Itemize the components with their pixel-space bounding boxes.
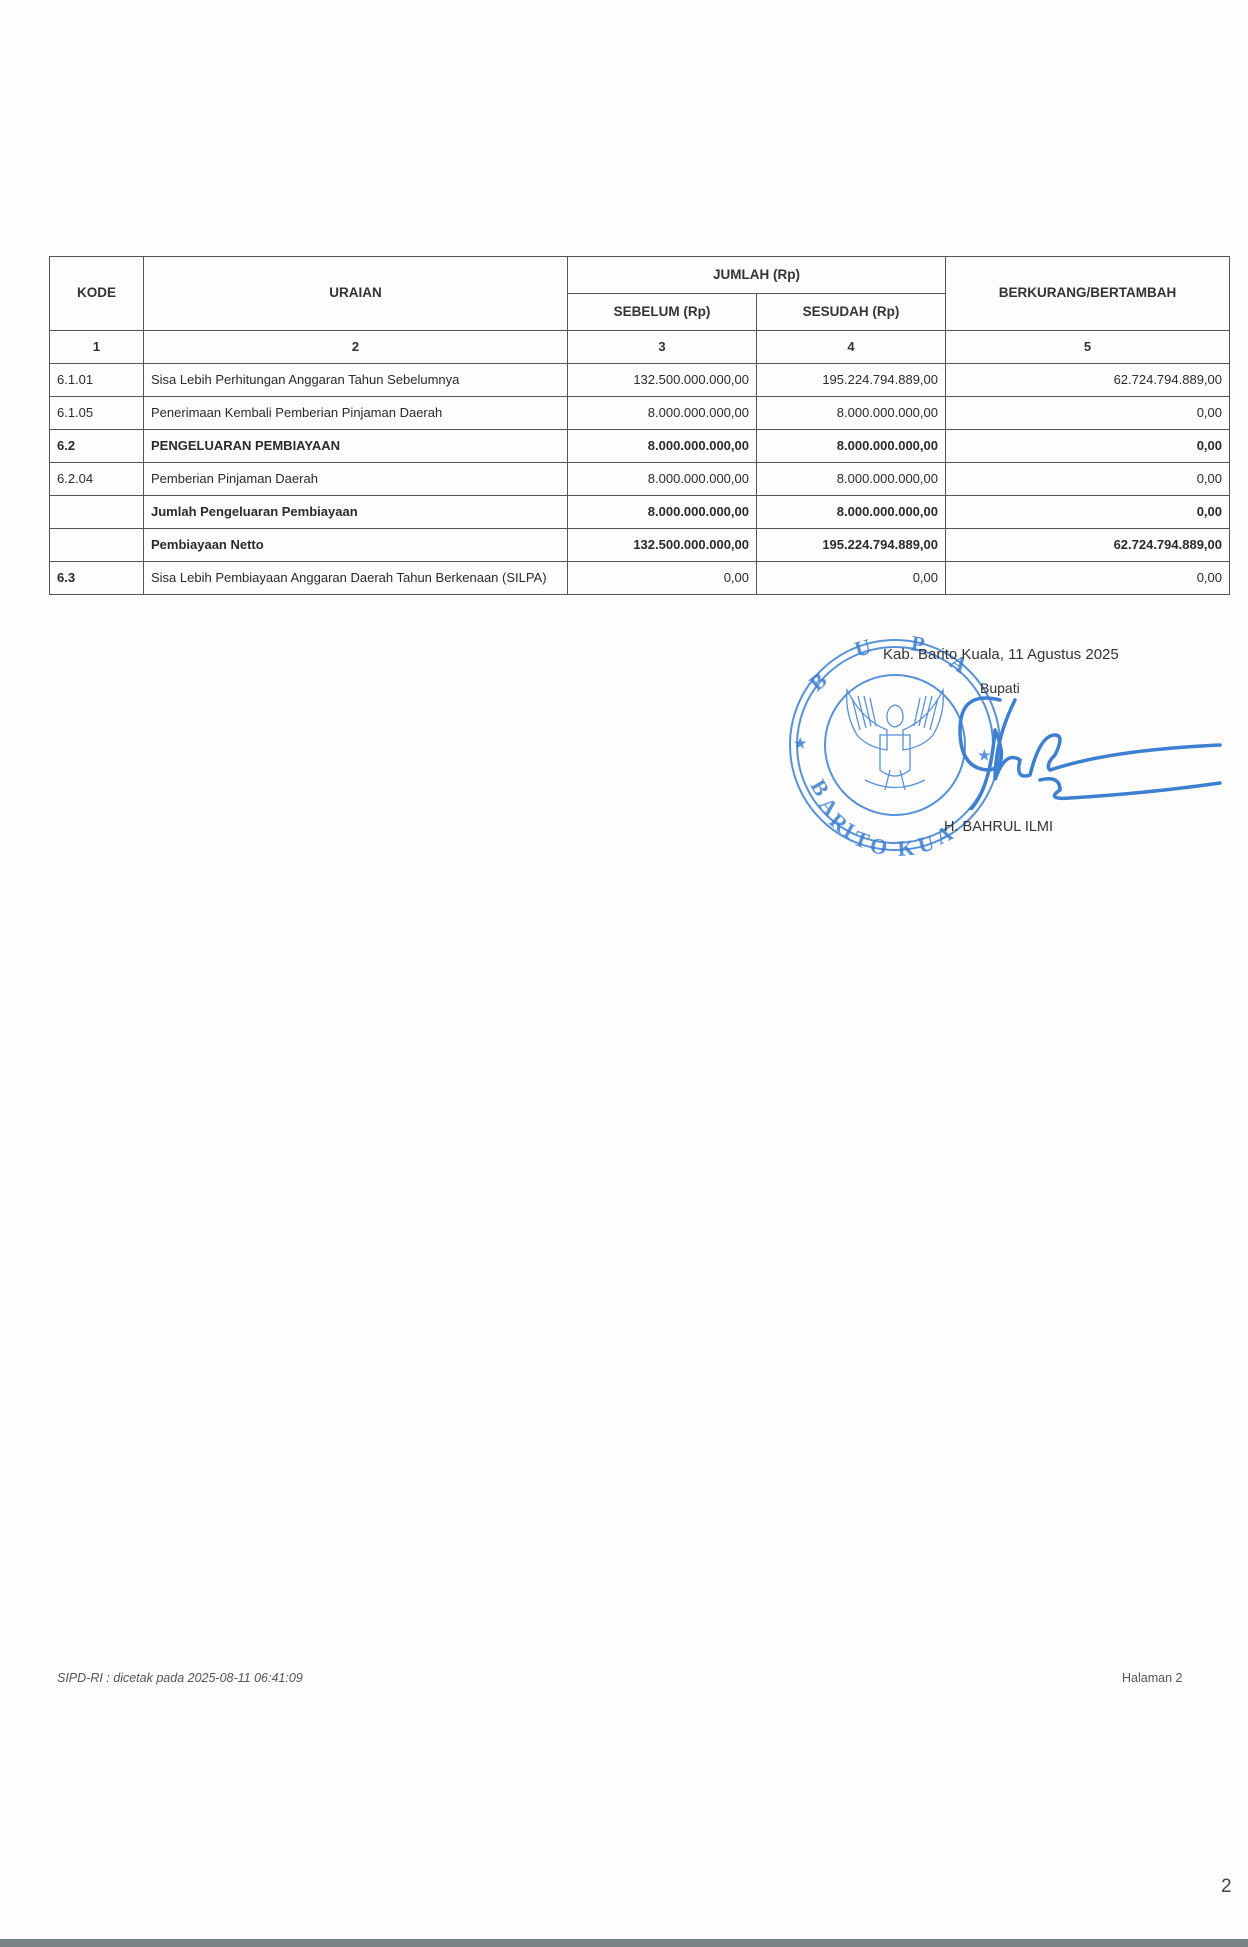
kode-cell: 6.2 [50, 430, 144, 463]
sesudah-cell: 8.000.000.000,00 [757, 397, 946, 430]
sebelum-cell: 8.000.000.000,00 [568, 430, 757, 463]
column-number: 5 [946, 331, 1230, 364]
sebelum-cell: 0,00 [568, 562, 757, 595]
kode-cell [50, 496, 144, 529]
uraian-cell: PENGELUARAN PEMBIAYAAN [144, 430, 568, 463]
svg-text:B: B [804, 667, 832, 696]
selisih-cell: 0,00 [946, 463, 1230, 496]
table-row: Jumlah Pengeluaran Pembiayaan8.000.000.0… [50, 496, 1230, 529]
selisih-cell: 62.724.794.889,00 [946, 529, 1230, 562]
table-row: 6.3Sisa Lebih Pembiayaan Anggaran Daerah… [50, 562, 1230, 595]
sebelum-cell: 8.000.000.000,00 [568, 463, 757, 496]
selisih-cell: 0,00 [946, 496, 1230, 529]
print-timestamp: SIPD-RI : dicetak pada 2025-08-11 06:41:… [57, 1671, 303, 1685]
svg-text:O: O [868, 832, 889, 860]
svg-text:U: U [852, 634, 874, 662]
column-number: 4 [757, 331, 946, 364]
header-jumlah: JUMLAH (Rp) [568, 257, 946, 294]
scan-edge-bar [0, 1939, 1248, 1947]
uraian-cell: Sisa Lebih Perhitungan Anggaran Tahun Se… [144, 364, 568, 397]
uraian-cell: Pemberian Pinjaman Daerah [144, 463, 568, 496]
signature-block: B U P A B A R I T O K U A ★ ★ Kab. Barit… [780, 620, 1248, 890]
svg-text:★: ★ [794, 736, 807, 752]
sesudah-cell: 0,00 [757, 562, 946, 595]
uraian-cell: Jumlah Pengeluaran Pembiayaan [144, 496, 568, 529]
uraian-cell: Sisa Lebih Pembiayaan Anggaran Daerah Ta… [144, 562, 568, 595]
uraian-cell: Pembiayaan Netto [144, 529, 568, 562]
sesudah-cell: 195.224.794.889,00 [757, 529, 946, 562]
header-berkurang-bertambah: BERKURANG/BERTAMBAH [946, 257, 1230, 331]
table-row: 6.2.04Pemberian Pinjaman Daerah8.000.000… [50, 463, 1230, 496]
sesudah-cell: 195.224.794.889,00 [757, 364, 946, 397]
uraian-cell: Penerimaan Kembali Pemberian Pinjaman Da… [144, 397, 568, 430]
selisih-cell: 0,00 [946, 562, 1230, 595]
kode-cell: 6.2.04 [50, 463, 144, 496]
kode-cell: 6.1.05 [50, 397, 144, 430]
header-kode: KODE [50, 257, 144, 331]
table-row: 6.1.01Sisa Lebih Perhitungan Anggaran Ta… [50, 364, 1230, 397]
sesudah-cell: 8.000.000.000,00 [757, 430, 946, 463]
kode-cell: 6.1.01 [50, 364, 144, 397]
header-uraian: URAIAN [144, 257, 568, 331]
header-sesudah: SESUDAH (Rp) [757, 294, 946, 331]
table-row: 6.1.05Penerimaan Kembali Pemberian Pinja… [50, 397, 1230, 430]
table-row: Pembiayaan Netto132.500.000.000,00195.22… [50, 529, 1230, 562]
column-number: 2 [144, 331, 568, 364]
selisih-cell: 62.724.794.889,00 [946, 364, 1230, 397]
financing-table: KODE URAIAN JUMLAH (Rp) BERKURANG/BERTAM… [49, 256, 1230, 595]
document-page: KODE URAIAN JUMLAH (Rp) BERKURANG/BERTAM… [0, 0, 1248, 1938]
column-number: 3 [568, 331, 757, 364]
kode-cell: 6.3 [50, 562, 144, 595]
selisih-cell: 0,00 [946, 430, 1230, 463]
selisih-cell: 0,00 [946, 397, 1230, 430]
table-row: 6.2PENGELUARAN PEMBIAYAAN8.000.000.000,0… [50, 430, 1230, 463]
sesudah-cell: 8.000.000.000,00 [757, 496, 946, 529]
header-sebelum: SEBELUM (Rp) [568, 294, 757, 331]
page-number: 2 [1221, 1876, 1232, 1898]
sebelum-cell: 8.000.000.000,00 [568, 496, 757, 529]
sebelum-cell: 8.000.000.000,00 [568, 397, 757, 430]
kode-cell [50, 529, 144, 562]
sebelum-cell: 132.500.000.000,00 [568, 529, 757, 562]
signature-place-date: Kab. Barito Kuala, 11 Agustus 2025 [883, 646, 1119, 663]
svg-text:K: K [897, 835, 916, 861]
signature-name: H. BAHRUL ILMI [944, 819, 1053, 835]
handwritten-signature-icon [940, 690, 1248, 810]
column-number: 1 [50, 331, 144, 364]
sebelum-cell: 132.500.000.000,00 [568, 364, 757, 397]
svg-text:U: U [915, 830, 937, 858]
signature-title: Bupati [980, 680, 1020, 696]
page-label: Halaman 2 [1122, 1671, 1182, 1685]
sesudah-cell: 8.000.000.000,00 [757, 463, 946, 496]
